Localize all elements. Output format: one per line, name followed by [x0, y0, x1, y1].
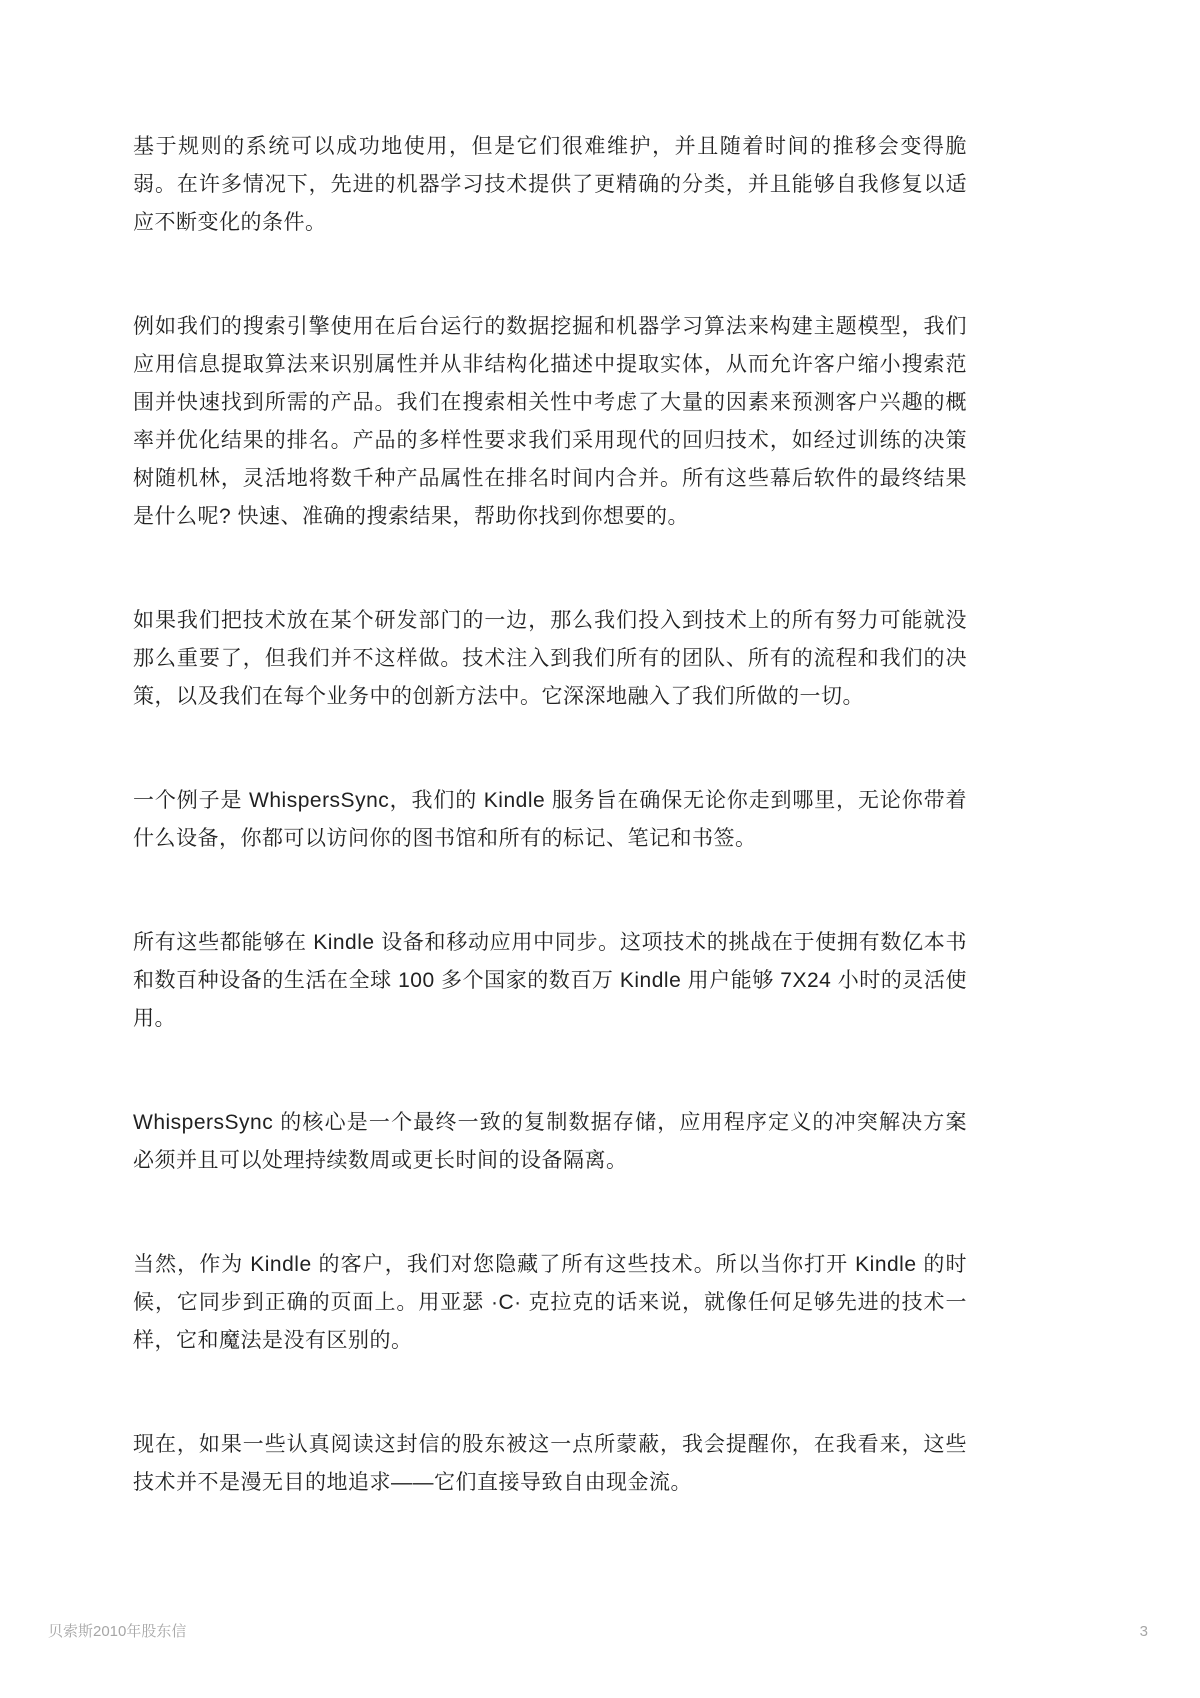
paragraph: 基于规则的系统可以成功地使用，但是它们很难维护，并且随着时间的推移会变得脆弱。在… — [133, 128, 967, 242]
paragraph: 当然，作为 Kindle 的客户，我们对您隐藏了所有这些技术。所以当你打开 Ki… — [133, 1246, 967, 1360]
paragraph: WhispersSync 的核心是一个最终一致的复制数据存储，应用程序定义的冲突… — [133, 1104, 967, 1180]
paragraph: 如果我们把技术放在某个研发部门的一边，那么我们投入到技术上的所有努力可能就没那么… — [133, 602, 967, 716]
document-page: 基于规则的系统可以成功地使用，但是它们很难维护，并且随着时间的推移会变得脆弱。在… — [0, 0, 1200, 1698]
paragraph: 所有这些都能够在 Kindle 设备和移动应用中同步。这项技术的挑战在于使拥有数… — [133, 924, 967, 1038]
paragraph: 一个例子是 WhispersSync，我们的 Kindle 服务旨在确保无论你走… — [133, 782, 967, 858]
footer-page-number: 3 — [1140, 1622, 1148, 1642]
footer-document-title: 贝索斯2010年股东信 — [48, 1622, 186, 1642]
page-footer: 贝索斯2010年股东信 3 — [48, 1622, 1148, 1642]
paragraph: 例如我们的搜索引擎使用在后台运行的数据挖掘和机器学习算法来构建主题模型，我们应用… — [133, 308, 967, 536]
paragraph: 现在，如果一些认真阅读这封信的股东被这一点所蒙蔽，我会提醒你，在我看来，这些技术… — [133, 1426, 967, 1502]
document-body: 基于规则的系统可以成功地使用，但是它们很难维护，并且随着时间的推移会变得脆弱。在… — [133, 128, 967, 1568]
